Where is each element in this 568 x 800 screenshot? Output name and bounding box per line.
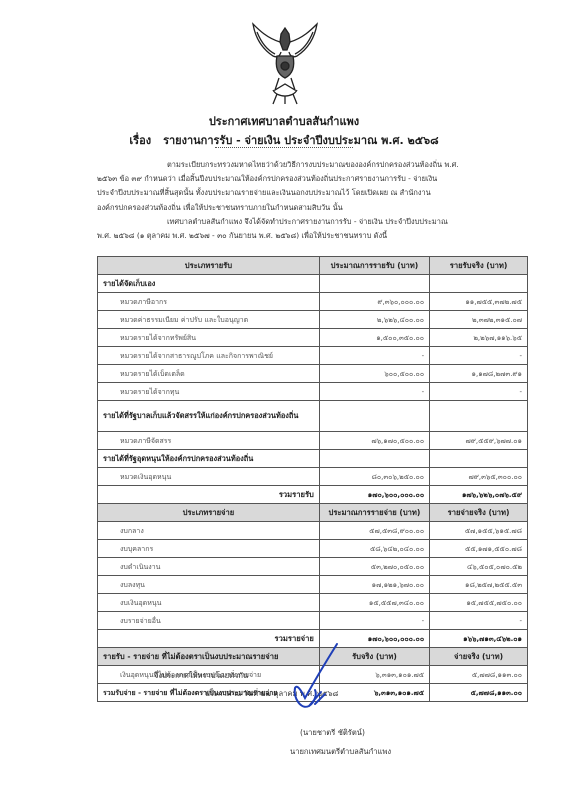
section-row: รายได้ที่รัฐบาลเก็บแล้วจัดสรรให้แก่องค์ก… (98, 401, 528, 432)
section-title: รายได้ที่รัฐบาลเก็บแล้วจัดสรรให้แก่องค์ก… (98, 401, 320, 432)
section-title: รายได้ที่รัฐอุดหนุนให้องค์กรปกครองส่วนท้… (98, 450, 320, 468)
estimate-value: - (319, 347, 429, 365)
intro-line: ประจำปีงบประมาณที่สิ้นสุดนั้น ทั้งงบประม… (97, 186, 507, 200)
row-label: หมวดรายได้จากทุน (98, 383, 320, 401)
actual-value: - (430, 347, 528, 365)
column-header: ประมาณการรายจ่าย (บาท) (319, 504, 429, 522)
total-actual: ๑๗๖,๖๒๖,๐๗๖.๕๙ (430, 486, 528, 504)
table-row: หมวดรายได้จากทุน - - (98, 383, 528, 401)
table-row: หมวดรายได้จากสาธารณูปโภค และกิจการพาณิชย… (98, 347, 528, 365)
row-label: หมวดรายได้จากสาธารณูปโภค และกิจการพาณิชย… (98, 347, 320, 365)
row-label: หมวดรายได้จากทรัพย์สิน (98, 329, 320, 347)
table-row: งบเงินอุดหนุน ๑๕,๕๕๗,๓๔๐.๐๐ ๑๕,๗๕๕,๗๕๐.๐… (98, 594, 528, 612)
table-row: หมวดค่าธรรมเนียม ค่าปรับ และใบอนุญาต ๒,๖… (98, 311, 528, 329)
table-row: หมวดรายได้จากทรัพย์สิน ๑,๕๐๐,๓๕๐.๐๐ ๒,๒๖… (98, 329, 528, 347)
section-row: รายได้จัดเก็บเอง (98, 275, 528, 293)
report-line: เทศบาลตำบลสันกำแพง จึงได้จัดทำประกาศรายง… (167, 217, 448, 226)
announcement-title: ประกาศเทศบาลตำบลสันกำแพง (0, 112, 568, 130)
signer-position: นายกเทศมนตรีตำบลสันกำแพง (0, 746, 568, 758)
row-label: หมวดรายได้เบ็ดเตล็ด (98, 365, 320, 383)
signature-mark (275, 640, 355, 720)
estimate-value: ๑๗,๑๒๑,๖๗๐.๐๐ (319, 576, 429, 594)
table-row: หมวดภาษีอากร ๙,๓๖๐,๐๐๐.๐๐ ๑๑,๗๕๕,๓๗๒.๗๕ (98, 293, 528, 311)
estimate-value: ๑๕,๕๕๗,๓๔๐.๐๐ (319, 594, 429, 612)
estimate-value: ๙,๓๖๐,๐๐๐.๐๐ (319, 293, 429, 311)
table-header-row: ประเภทรายจ่าย ประมาณการรายจ่าย (บาท) ราย… (98, 504, 528, 522)
row-label: งบกลาง (98, 522, 320, 540)
estimate-value: ๕๘,๖๔๒,๐๔๐.๐๐ (319, 540, 429, 558)
estimate-value: ๖๐๐,๕๐๐.๐๐ (319, 365, 429, 383)
estimate-value: ๑,๕๐๐,๓๕๐.๐๐ (319, 329, 429, 347)
report-line: พ.ศ. ๒๕๖๘ (๑ ตุลาคม พ.ศ. ๒๕๖๗ - ๓๐ กันยา… (97, 229, 507, 243)
actual-value: ๑๘,๒๕๗,๒๕๕.๕๓ (430, 576, 528, 594)
actual-value: ๗๙,๓๖๕,๓๐๐.๐๐ (430, 468, 528, 486)
income-expense-table: ประเภทรายรับ ประมาณการรายรับ (บาท) รายรั… (97, 256, 528, 702)
row-label: หมวดภาษีจัดสรร (98, 432, 320, 450)
estimate-value: ๕๓,๒๗๐,๐๕๐.๐๐ (319, 558, 429, 576)
intro-line: องค์กรปกครองส่วนท้องถิ่น เพื่อให้ประชาชน… (97, 201, 507, 215)
intro-paragraph: ตามระเบียบกระทรวงมหาดไทยว่าด้วยวิธีการงบ… (97, 158, 507, 215)
row-label: งบดำเนินงาน (98, 558, 320, 576)
actual-value: ๒,๒๖๗,๑๑๖.๖๕ (430, 329, 528, 347)
column-header: ประเภทรายจ่าย (98, 504, 320, 522)
row-label: งบลงทุน (98, 576, 320, 594)
actual-value: ๑๕,๗๕๕,๗๕๐.๐๐ (430, 594, 528, 612)
announcement-page: ประกาศเทศบาลตำบลสันกำแพง เรื่องรายงานการ… (0, 0, 568, 800)
dotted-divider (215, 143, 353, 148)
column-header: รายจ่ายจริง (บาท) (430, 504, 528, 522)
total-actual: ๑๖๖,๗๑๓,๔๖๒.๐๑ (430, 630, 528, 648)
estimate-value: - (319, 612, 429, 630)
actual-value: ๗๙,๕๕๙,๖๗๗.๐๑ (430, 432, 528, 450)
table-row: งบรายจ่ายอื่น - - (98, 612, 528, 630)
row-label: หมวดภาษีอากร (98, 293, 320, 311)
section-row: รายได้ที่รัฐอุดหนุนให้องค์กรปกครองส่วนท้… (98, 450, 528, 468)
estimate-value: ๗๖,๑๗๐,๕๐๐.๐๐ (319, 432, 429, 450)
intro-line: ตามระเบียบกระทรวงมหาดไทยว่าด้วยวิธีการงบ… (167, 160, 459, 169)
estimate-value: ๒,๖๒๖,๔๐๐.๐๐ (319, 311, 429, 329)
actual-value: ๒,๓๗๒,๓๑๕.๐๗ (430, 311, 528, 329)
estimate-value: ๕๗,๕๓๘,๙๐๐.๐๐ (319, 522, 429, 540)
actual-value: ๑๑,๗๕๕,๓๗๒.๗๕ (430, 293, 528, 311)
row-label: งบรายจ่ายอื่น (98, 612, 320, 630)
signer-name: (นายชาตรี ชัติรัตน์) (0, 727, 568, 739)
table-row: งบกลาง ๕๗,๕๓๘,๙๐๐.๐๐ ๕๗,๑๕๕,๖๑๕.๗๘ (98, 522, 528, 540)
actual-value: ๑,๑๗๘,๒๗๓.๙๑ (430, 365, 528, 383)
intro-line: ๒๕๖๓ ข้อ ๓๙ กำหนดว่า เมื่อสิ้นปีงบประมาณ… (97, 172, 507, 186)
column-header: ประมาณการรายรับ (บาท) (319, 257, 429, 275)
row-label: หมวดค่าธรรมเนียม ค่าปรับ และใบอนุญาต (98, 311, 320, 329)
actual-value: ๕๕,๑๗๑,๕๕๐.๗๘ (430, 540, 528, 558)
table-row: งบดำเนินงาน ๕๓,๒๗๐,๐๕๐.๐๐ ๔๖,๕๐๕,๐๗๐.๕๒ (98, 558, 528, 576)
row-label: หมวดเงินอุดหนุน (98, 468, 320, 486)
garuda-emblem-icon (247, 20, 323, 106)
section-title: รายได้จัดเก็บเอง (98, 275, 320, 293)
column-header: ประเภทรายรับ (98, 257, 320, 275)
table-row: งบลงทุน ๑๗,๑๒๑,๖๗๐.๐๐ ๑๘,๒๕๗,๒๕๕.๕๓ (98, 576, 528, 594)
subject-label: เรื่อง (129, 134, 151, 147)
estimate-value: ๘๐,๓๐๖,๒๕๐.๐๐ (319, 468, 429, 486)
income-total-row: รวมรายรับ ๑๗๐,๖๐๐,๐๐๐.๐๐ ๑๗๖,๖๒๖,๐๗๖.๕๙ (98, 486, 528, 504)
row-label: งบเงินอุดหนุน (98, 594, 320, 612)
actual-value: ๔๖,๕๐๕,๐๗๐.๕๒ (430, 558, 528, 576)
total-estimate: ๑๗๐,๖๐๐,๐๐๐.๐๐ (319, 486, 429, 504)
table-row: หมวดรายได้เบ็ดเตล็ด ๖๐๐,๕๐๐.๐๐ ๑,๑๗๘,๒๗๓… (98, 365, 528, 383)
table-row: หมวดเงินอุดหนุน ๘๐,๓๐๖,๒๕๐.๐๐ ๗๙,๓๖๕,๓๐๐… (98, 468, 528, 486)
column-header: จ่ายจริง (บาท) (430, 648, 528, 666)
table-header-row: ประเภทรายรับ ประมาณการรายรับ (บาท) รายรั… (98, 257, 528, 275)
actual-value: - (430, 612, 528, 630)
total-label: รวมรายรับ (98, 486, 320, 504)
estimate-value: - (319, 383, 429, 401)
actual-value: ๕๗,๑๕๕,๖๑๕.๗๘ (430, 522, 528, 540)
column-header: รายรับจริง (บาท) (430, 257, 528, 275)
table-row: งบบุคลากร ๕๘,๖๔๒,๐๔๐.๐๐ ๕๕,๑๗๑,๕๕๐.๗๘ (98, 540, 528, 558)
actual-value: - (430, 383, 528, 401)
report-paragraph: เทศบาลตำบลสันกำแพง จึงได้จัดทำประกาศรายง… (97, 215, 507, 243)
table-row: หมวดภาษีจัดสรร ๗๖,๑๗๐,๕๐๐.๐๐ ๗๙,๕๕๙,๖๗๗.… (98, 432, 528, 450)
row-label: งบบุคลากร (98, 540, 320, 558)
